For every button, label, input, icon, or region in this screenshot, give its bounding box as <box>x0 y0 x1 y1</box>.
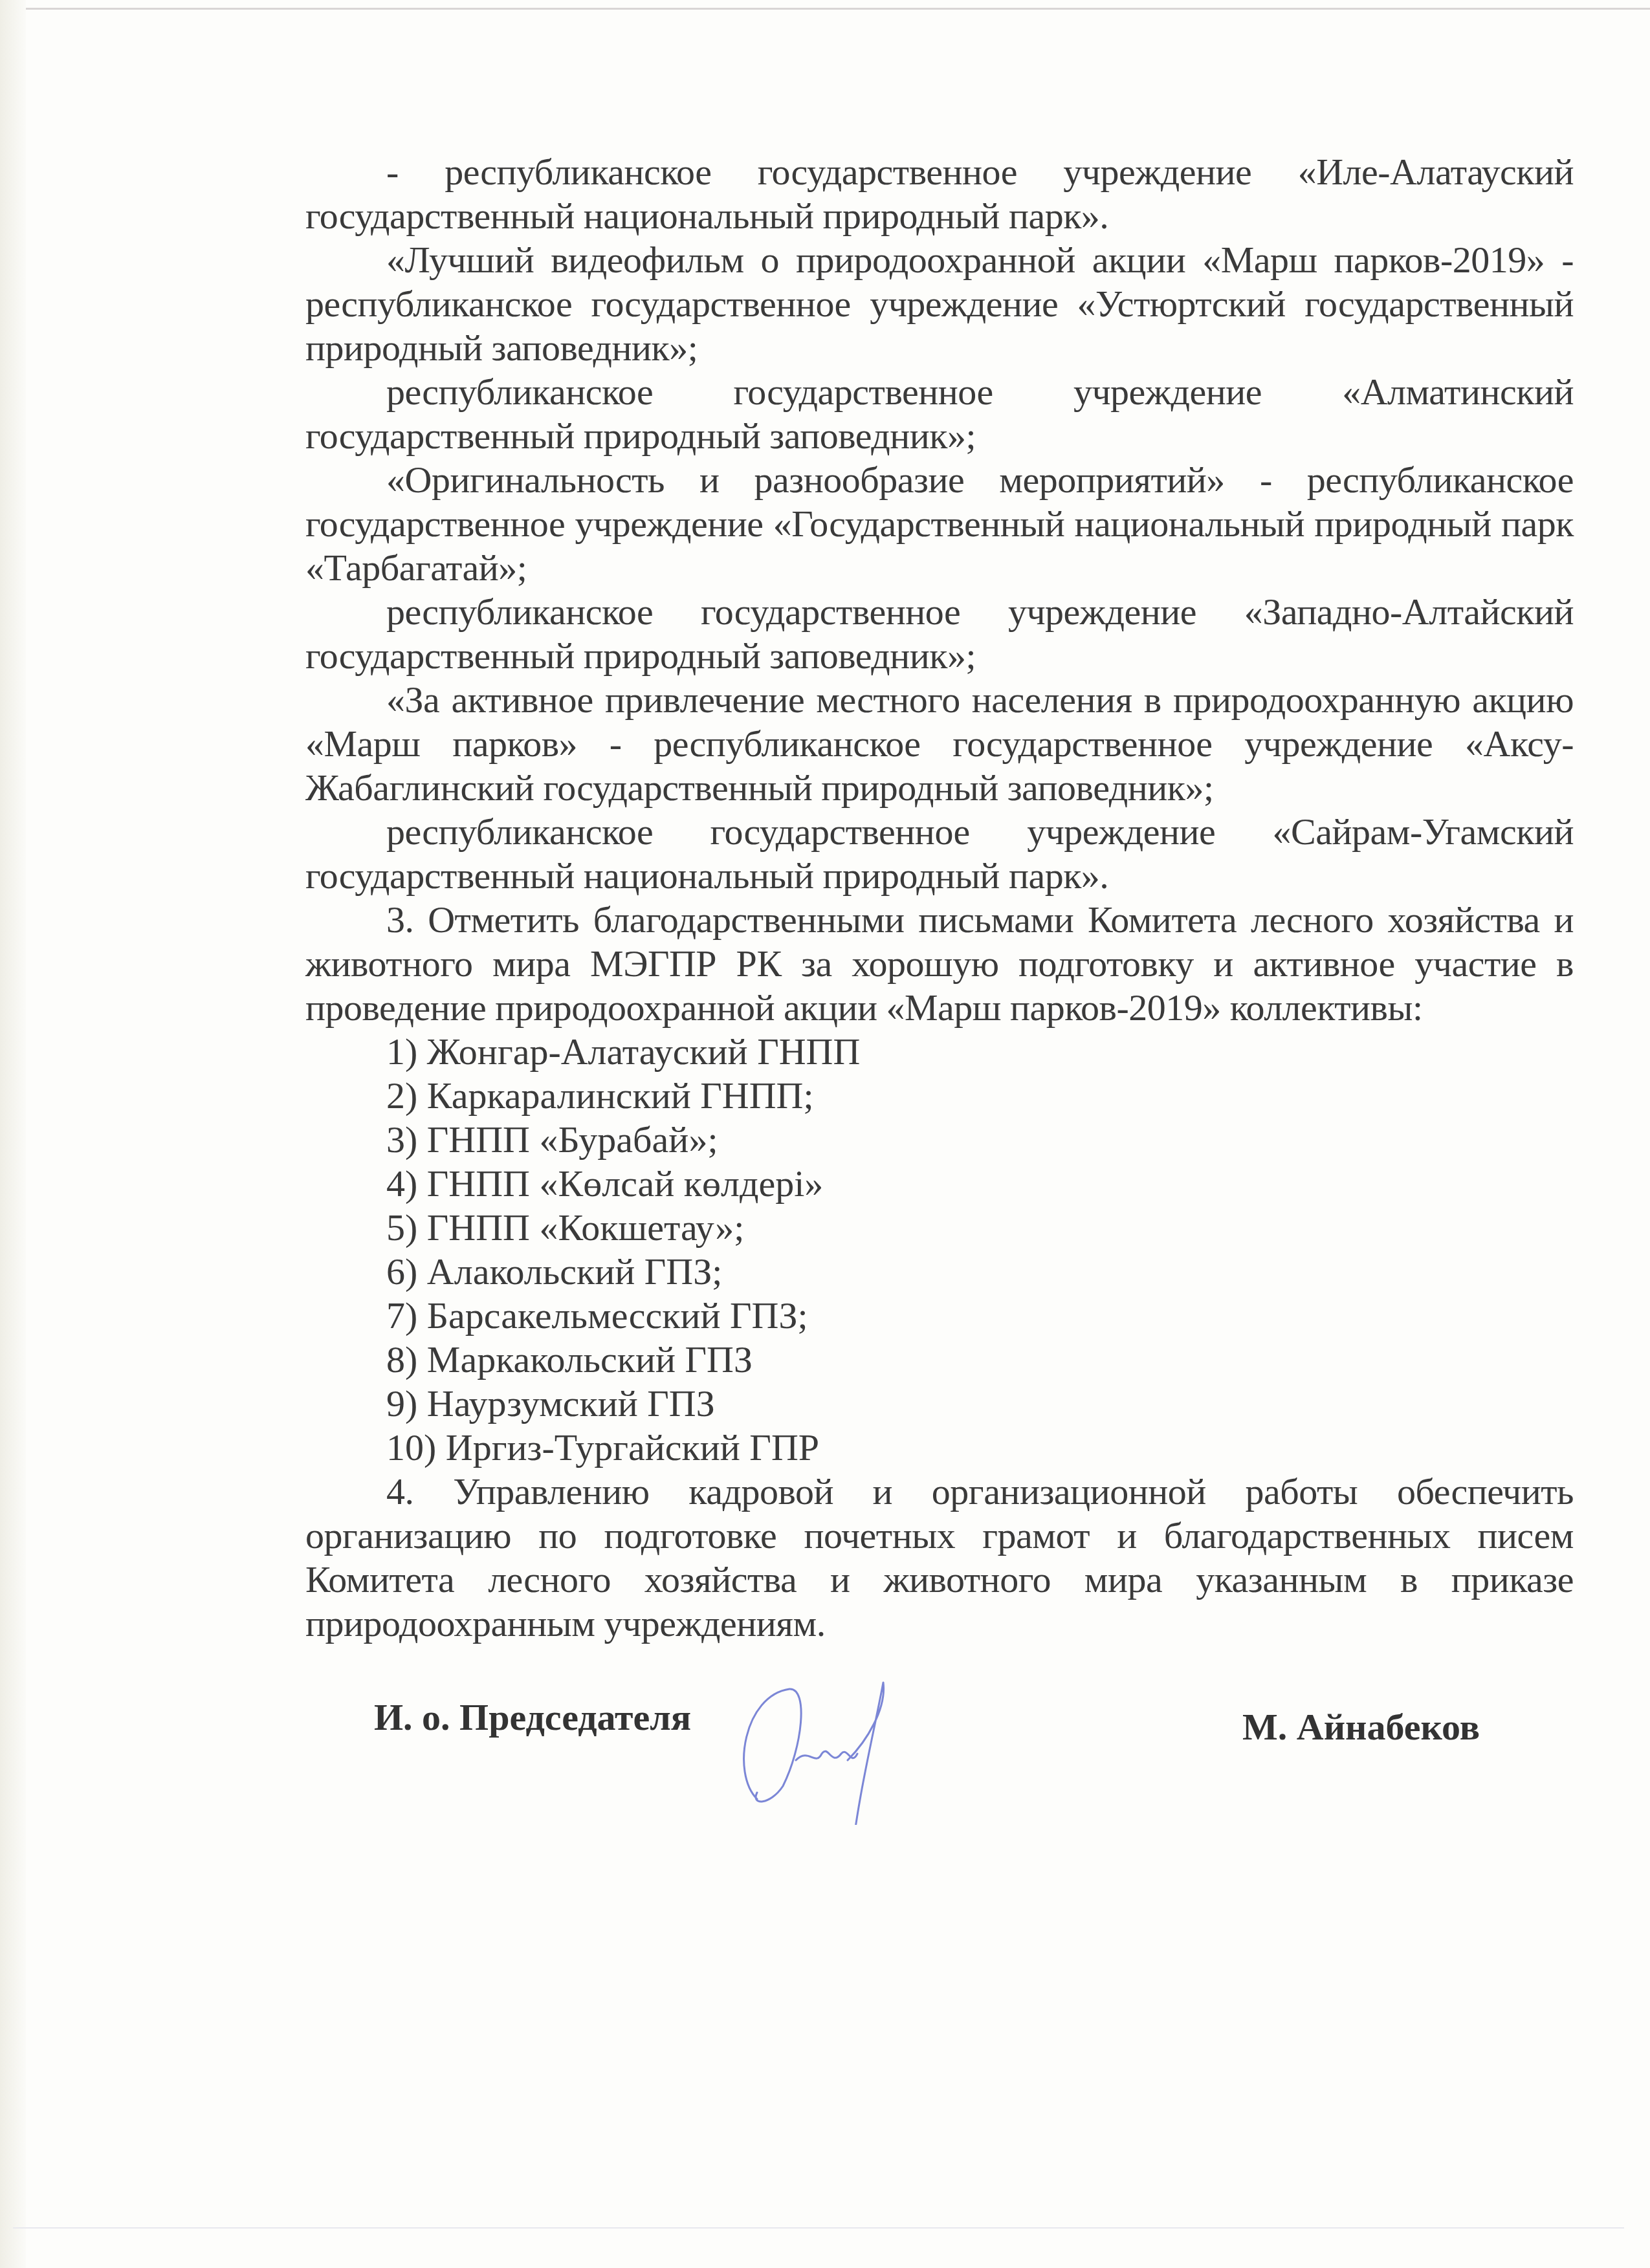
collectives-list: 1) Жонгар-Алатауский ГНПП 2) Каркаралинс… <box>305 1030 1574 1470</box>
list-item: 6) Алакольский ГПЗ; <box>305 1250 1574 1294</box>
list-item: 10) Иргиз-Тургайский ГПР <box>305 1426 1574 1470</box>
paragraph-ile-alatau: - республиканское государственное учрежд… <box>305 150 1574 238</box>
handwritten-signature-icon <box>718 1670 951 1825</box>
list-item: 8) Маркакольский ГПЗ <box>305 1338 1574 1382</box>
paragraph-originality: «Оригинальность и разнообразие мероприят… <box>305 458 1574 590</box>
paragraph-best-video: «Лучший видеофильм о природоохранной акц… <box>305 238 1574 370</box>
paragraph-local-engagement: «За активное привлечение местного населе… <box>305 678 1574 810</box>
paragraph-almaty-reserve: республиканское государственное учрежден… <box>305 370 1574 458</box>
signatory-name: М. Айнабеков <box>1242 1705 1480 1749</box>
signatory-title: И. о. Председателя <box>374 1696 691 1739</box>
list-item: 1) Жонгар-Алатауский ГНПП <box>305 1030 1574 1074</box>
list-item: 3) ГНПП «Бурабай»; <box>305 1118 1574 1162</box>
paragraph-item-3: 3. Отметить благодарственными письмами К… <box>305 898 1574 1030</box>
scan-edge-left <box>0 0 26 2268</box>
list-item: 7) Барсакельмесский ГПЗ; <box>305 1294 1574 1338</box>
paragraph-sairam-ugam: республиканское государственное учрежден… <box>305 810 1574 898</box>
scan-edge-top <box>26 8 1650 10</box>
list-item: 9) Наурзумский ГПЗ <box>305 1382 1574 1426</box>
scan-edge-bottom <box>13 2227 1624 2229</box>
list-item: 5) ГНПП «Кокшетау»; <box>305 1206 1574 1250</box>
document-body: - республиканское государственное учрежд… <box>305 150 1574 1646</box>
signature-block: И. о. Председателя М. Айнабеков <box>0 1670 1650 1799</box>
paragraph-west-altai: республиканское государственное учрежден… <box>305 590 1574 678</box>
list-item: 2) Каркаралинский ГНПП; <box>305 1074 1574 1118</box>
paragraph-item-4: 4. Управлению кадровой и организационной… <box>305 1470 1574 1646</box>
list-item: 4) ГНПП «Көлсай көлдері» <box>305 1162 1574 1206</box>
